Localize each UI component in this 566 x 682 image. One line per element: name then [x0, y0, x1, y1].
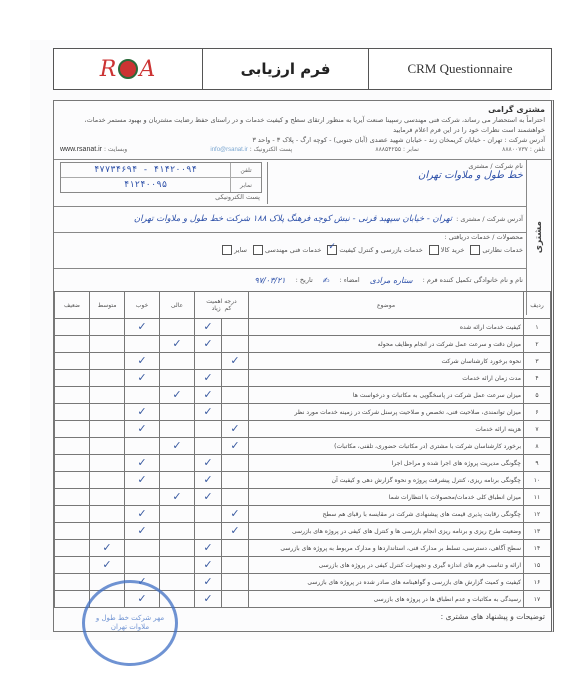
row-number: ۳ [524, 353, 551, 370]
col-weak: ضعیف [55, 292, 90, 319]
cust-fax-value: ۴۱۲۴۰۰۹۵ [61, 180, 230, 190]
cust-address-label: آدرس شرکت / مشتری : [456, 215, 523, 223]
importance-high[interactable]: ✓ [195, 489, 222, 506]
rate-average[interactable] [90, 438, 125, 455]
row-number: ۱۰ [524, 472, 551, 489]
importance-high[interactable]: ✓ [195, 336, 222, 353]
table-row: ۲میزان دقت و سرعت عمل شرکت در انجام وظای… [55, 336, 551, 353]
check-mark-icon: ✓ [203, 320, 212, 333]
rate-good[interactable]: ✓ [125, 455, 160, 472]
rate-weak[interactable] [55, 472, 90, 489]
table-row: ۸برخورد کارشناسان شرکت با مشتری (در مکات… [55, 438, 551, 455]
check-mark-icon: ✓ [203, 592, 212, 605]
company-field: نام شرکت / مشتری خط طول و ملاوات تهران [267, 162, 527, 204]
rate-weak[interactable] [55, 421, 90, 438]
check-mark-icon: ✓ [203, 473, 212, 486]
check-mark-icon: ✓ [137, 371, 146, 384]
rate-weak[interactable] [55, 319, 90, 336]
importance-low[interactable] [222, 370, 249, 387]
products-label: محصولات / خدمات دریافتی : [54, 233, 523, 241]
rate-good[interactable] [125, 557, 160, 574]
rate-good[interactable] [125, 387, 160, 404]
rate-weak[interactable] [55, 523, 90, 540]
rate-weak[interactable] [55, 404, 90, 421]
website-label: وبسایت : [104, 146, 127, 153]
importance-high[interactable] [195, 523, 222, 540]
rate-excellent[interactable]: ✓ [160, 489, 195, 506]
table-row: ۹چگونگی مدیریت پروژه های اجرا شده و مراح… [55, 455, 551, 472]
col-row: ردیف [524, 292, 551, 319]
rate-good[interactable]: ✓ [125, 523, 160, 540]
rate-average[interactable] [90, 489, 125, 506]
logo-emblem-icon [118, 59, 138, 79]
check-mark-icon: ✓ [203, 456, 212, 469]
row-number: ۴ [524, 370, 551, 387]
evaluation-table: ردیف موضوع درجه اهمیتکم زیاد عالی خوب مت… [54, 291, 551, 608]
check-mark-icon: ✓ [137, 507, 146, 520]
importance-low[interactable] [222, 455, 249, 472]
rate-excellent[interactable] [160, 523, 195, 540]
table-row: ۳نحوه برخورد کارشناسان شرکت✓✓ [55, 353, 551, 370]
importance-low[interactable]: ✓ [222, 523, 249, 540]
rate-average[interactable] [90, 506, 125, 523]
importance-high[interactable]: ✓ [195, 472, 222, 489]
row-topic: میزان سرعت عمل شرکت در پاسخگویی به مکاتب… [249, 387, 524, 404]
email-label: پست الکترونیک : [250, 146, 292, 153]
table-row: ۷هزینه ارائه خدمات✓✓ [55, 421, 551, 438]
importance-low[interactable] [222, 540, 249, 557]
rate-excellent[interactable] [160, 540, 195, 557]
rate-good[interactable] [125, 336, 160, 353]
checkbox[interactable] [429, 245, 439, 255]
table-row: ۱۵ارائه و تناسب فرم های اندازه گیری و تج… [55, 557, 551, 574]
cust-address-value: تهران - خیابان سپهبد قرنی - نبش کوچه فره… [134, 214, 452, 224]
row-topic: کیفیت و کمیت گزارش های بازرسی و گواهینام… [249, 574, 524, 591]
rate-good[interactable]: ✓ [125, 472, 160, 489]
row-number: ۲ [524, 336, 551, 353]
row-topic: وضعیت طرح ریزی و برنامه ریزی انجام بازرس… [249, 523, 524, 540]
rate-average[interactable] [90, 336, 125, 353]
check-mark-icon: ✓ [137, 473, 146, 486]
product-option[interactable]: خرید کالا [429, 245, 465, 255]
row-number: ۱۵ [524, 557, 551, 574]
rate-weak[interactable] [55, 506, 90, 523]
check-mark-icon: ✓ [102, 558, 111, 571]
check-mark-icon: ✓ [137, 524, 146, 537]
rate-average[interactable] [90, 353, 125, 370]
importance-low[interactable] [222, 404, 249, 421]
rate-weak[interactable] [55, 336, 90, 353]
check-mark-icon: ✓ [203, 541, 212, 554]
rate-average[interactable] [90, 472, 125, 489]
rate-good[interactable] [125, 540, 160, 557]
check-mark-icon: ✓ [137, 320, 146, 333]
row-number: ۷ [524, 421, 551, 438]
row-number: ۱۶ [524, 574, 551, 591]
table-header-row: ردیف موضوع درجه اهمیتکم زیاد عالی خوب مت… [55, 292, 551, 319]
col-topic: موضوع [249, 292, 524, 319]
rate-good[interactable]: ✓ [125, 370, 160, 387]
rate-excellent[interactable] [160, 574, 195, 591]
form-title-fa: فرم ارزیابی [202, 49, 368, 89]
document-page: RA فرم ارزیابی CRM Questionnaire مشتری گ… [30, 40, 550, 640]
rate-average[interactable] [90, 387, 125, 404]
row-number: ۶ [524, 404, 551, 421]
phone-fax-box: تلفن ۴۱۴۲۰۰۹۴ - ۴۷۷۳۴۶۹۴ نمابر ۴۱۲۴۰۰۹۵ [60, 162, 262, 193]
check-mark-icon: ✓ [137, 422, 146, 435]
row-topic: میزان انطباق کلی خدمات/محصولات با انتظار… [249, 489, 524, 506]
row-topic: چگونگی برنامه ریزی، کنترل پیشرفت پروژه و… [249, 472, 524, 489]
phone-value: ۸۸۸۰۰۷۳۷ [502, 146, 528, 153]
row-number: ۱۳ [524, 523, 551, 540]
row-number: ۱۲ [524, 506, 551, 523]
rate-average[interactable]: ✓ [90, 540, 125, 557]
row-topic: برخورد کارشناسان شرکت با مشتری (در مکاتب… [249, 438, 524, 455]
fax-row: نمابر ۴۱۲۴۰۰۹۵ [61, 178, 261, 192]
rate-good[interactable] [125, 489, 160, 506]
date-label: تاریخ : [296, 276, 313, 284]
row-topic: کیفیت خدمات ارائه شده [249, 319, 524, 336]
product-options: خدمات نظارتی خرید کالا خدمات بازرسی و کن… [54, 245, 523, 255]
rate-excellent[interactable] [160, 421, 195, 438]
cust-email-label: پست الکترونیکی [60, 193, 260, 201]
row-topic: چگونگی رقابت پذیری قیمت های پیشنهادی شرک… [249, 506, 524, 523]
row-topic: چگونگی مدیریت پروژه های اجرا شده و مراحل… [249, 455, 524, 472]
col-importance: درجه اهمیتکم زیاد [195, 292, 249, 319]
rate-good[interactable]: ✓ [125, 319, 160, 336]
rate-good[interactable]: ✓ [125, 506, 160, 523]
check-mark-icon: ✓ [230, 507, 239, 520]
rate-excellent[interactable]: ✓ [160, 438, 195, 455]
check-mark-icon: ✓ [172, 388, 181, 401]
intro-text: احتراماً به استحضار می رساند، شرکت فنی م… [60, 115, 545, 135]
rate-excellent[interactable] [160, 319, 195, 336]
rate-average[interactable]: ✓ [90, 557, 125, 574]
rate-excellent[interactable] [160, 404, 195, 421]
importance-low[interactable] [222, 472, 249, 489]
rate-good[interactable] [125, 438, 160, 455]
signature-mark: ✍ [323, 276, 330, 285]
importance-low[interactable]: ✓ [222, 353, 249, 370]
rate-average[interactable] [90, 319, 125, 336]
check-mark-icon: ✓ [203, 575, 212, 588]
table-row: ۱۲چگونگی رقابت پذیری قیمت های پیشنهادی ش… [55, 506, 551, 523]
rate-average[interactable] [90, 421, 125, 438]
company-label: نام شرکت / مشتری [268, 162, 523, 170]
table-row: ۱۱میزان انطباق کلی خدمات/محصولات با انتظ… [55, 489, 551, 506]
rate-excellent[interactable] [160, 506, 195, 523]
rate-excellent[interactable] [160, 472, 195, 489]
importance-high[interactable]: ✓ [195, 540, 222, 557]
company-address: آدرس شرکت : تهران - خیابان کریمخان زند -… [60, 135, 545, 145]
importance-low[interactable] [222, 489, 249, 506]
fax-value: ۸۸۸۵۴۲۵۵ [375, 146, 401, 153]
rate-average[interactable] [90, 523, 125, 540]
row-topic: مدت زمان ارائه خدمات [249, 370, 524, 387]
filler-value: ستاره مرادی [370, 276, 413, 285]
row-topic: ارائه و تناسب فرم های اندازه گیری و تجهی… [249, 557, 524, 574]
check-mark-icon: ✓ [137, 405, 146, 418]
importance-low[interactable] [222, 557, 249, 574]
product-option[interactable]: سایر [222, 245, 247, 255]
form-header: RA فرم ارزیابی CRM Questionnaire [53, 48, 552, 90]
product-option[interactable]: خدمات نظارتی [470, 245, 523, 255]
row-number: ۸ [524, 438, 551, 455]
rate-average[interactable] [90, 370, 125, 387]
check-mark-icon: ✓ [203, 371, 212, 384]
filler-label: نام و نام خانوادگی تکمیل کننده فرم : [423, 276, 523, 284]
rate-average[interactable] [90, 404, 125, 421]
table-row: ۶میزان توانمندی، صلاحیت فنی، تخصص و صلاح… [55, 404, 551, 421]
checkbox[interactable] [253, 245, 263, 255]
row-topic: میزان دقت و سرعت عمل شرکت در انجام وظایف… [249, 336, 524, 353]
rate-weak[interactable] [55, 591, 90, 608]
row-topic: میزان توانمندی، صلاحیت فنی، تخصص و صلاحی… [249, 404, 524, 421]
check-mark-icon: ✓ [102, 541, 111, 554]
checkbox[interactable] [222, 245, 232, 255]
importance-low[interactable] [222, 574, 249, 591]
row-topic: نحوه برخورد کارشناسان شرکت [249, 353, 524, 370]
checkbox[interactable] [470, 245, 480, 255]
importance-low[interactable]: ✓ [222, 421, 249, 438]
rate-excellent[interactable] [160, 353, 195, 370]
company-stamp: مهر شرکت خط طول و ملاوات تهران [82, 580, 178, 666]
rate-excellent[interactable] [160, 557, 195, 574]
check-mark-icon: ✓ [172, 337, 181, 350]
check-mark-icon: ✓ [137, 456, 146, 469]
check-mark-icon: ✓ [230, 354, 239, 367]
col-good: خوب [125, 292, 160, 319]
check-mark-icon: ✓ [172, 439, 181, 452]
importance-high[interactable]: ✓ [195, 557, 222, 574]
cust-fax-label: نمابر [230, 178, 261, 192]
check-mark-icon: ✓ [203, 490, 212, 503]
rate-excellent[interactable]: ✓ [160, 387, 195, 404]
check-mark-icon: ✓ [203, 337, 212, 350]
row-number: ۱ [524, 319, 551, 336]
col-average: متوسط [90, 292, 125, 319]
importance-high[interactable]: ✓ [195, 319, 222, 336]
fax-label: نمابر : [403, 146, 419, 153]
product-option[interactable]: خدمات فنی مهندسی [253, 245, 321, 255]
check-mark-icon: ✓ [230, 524, 239, 537]
importance-high[interactable] [195, 506, 222, 523]
importance-high[interactable]: ✓ [195, 455, 222, 472]
table-body: ۱کیفیت خدمات ارائه شده✓✓۲میزان دقت و سرع… [55, 319, 551, 608]
signature-label: امضاء : [339, 276, 359, 284]
importance-low[interactable]: ✓ [222, 438, 249, 455]
intro-section: مشتری گرامی احتراماً به استحضار می رساند… [60, 105, 545, 155]
row-number: ۹ [524, 455, 551, 472]
website-link[interactable]: www.rsanat.ir [60, 146, 102, 153]
row-topic: رسیدگی به مکاتبات و عدم انطباق ها در پرو… [249, 591, 524, 608]
logo-r: R [100, 57, 118, 82]
check-mark-icon: ✓ [172, 490, 181, 503]
product-option[interactable]: خدمات بازرسی و کنترل کیفیت [327, 245, 422, 255]
filler-row: نام و نام خانوادگی تکمیل کننده فرم : ستا… [54, 268, 527, 291]
form-body: مشتری گرامی احتراماً به استحضار می رساند… [53, 100, 554, 632]
rate-weak[interactable] [55, 387, 90, 404]
rate-weak[interactable] [55, 540, 90, 557]
table-row: ۴مدت زمان ارائه خدمات✓✓ [55, 370, 551, 387]
check-mark-icon: ✓ [137, 354, 146, 367]
table-row: ۱کیفیت خدمات ارائه شده✓✓ [55, 319, 551, 336]
importance-low[interactable]: ✓ [222, 506, 249, 523]
importance-low[interactable] [222, 591, 249, 608]
rate-good[interactable]: ✓ [125, 421, 160, 438]
check-mark-icon: ✓ [203, 405, 212, 418]
importance-high[interactable] [195, 421, 222, 438]
contact-row: تلفن : ۸۸۸۰۰۷۳۷ نمابر : ۸۸۸۵۴۲۵۵ پست الک… [60, 145, 545, 155]
rate-excellent[interactable]: ✓ [160, 336, 195, 353]
logo-a: A [139, 57, 156, 82]
check-mark-icon: ✓ [203, 388, 212, 401]
greeting: مشتری گرامی [60, 105, 545, 115]
row-topic: سطح آگاهی، دسترسی، تسلط بر مدارک فنی، اس… [249, 540, 524, 557]
company-logo: RA [54, 49, 202, 89]
importance-low[interactable] [222, 319, 249, 336]
check-mark-icon: ✓ [203, 558, 212, 571]
checkbox-checked[interactable] [327, 245, 337, 255]
customer-address-row: آدرس شرکت / مشتری : تهران - خیابان سپهبد… [54, 206, 527, 231]
date-value: ۹۷/۰۳/۲۱ [254, 276, 285, 285]
importance-high[interactable]: ✓ [195, 404, 222, 421]
email-link[interactable]: info@rsanat.ir [210, 147, 247, 153]
cust-phone-label: تلفن [230, 163, 261, 177]
rate-excellent[interactable] [160, 455, 195, 472]
table-row: ۱۴سطح آگاهی، دسترسی، تسلط بر مدارک فنی، … [55, 540, 551, 557]
row-topic: هزینه ارائه خدمات [249, 421, 524, 438]
rate-weak[interactable] [55, 489, 90, 506]
rate-excellent[interactable] [160, 370, 195, 387]
importance-high[interactable] [195, 353, 222, 370]
col-excellent: عالی [160, 292, 195, 319]
row-number: ۱۴ [524, 540, 551, 557]
table-row: ۱۰چگونگی برنامه ریزی، کنترل پیشرفت پروژه… [55, 472, 551, 489]
evaluation-table-wrap: ردیف موضوع درجه اهمیتکم زیاد عالی خوب مت… [54, 291, 551, 625]
row-number: ۵ [524, 387, 551, 404]
check-mark-icon: ✓ [230, 422, 239, 435]
importance-low[interactable] [222, 387, 249, 404]
rate-weak[interactable] [55, 438, 90, 455]
importance-high[interactable]: ✓ [195, 370, 222, 387]
form-title-en: CRM Questionnaire [368, 49, 551, 89]
table-row: ۱۳وضعیت طرح ریزی و برنامه ریزی انجام باز… [55, 523, 551, 540]
rate-weak[interactable] [55, 353, 90, 370]
phone-label: تلفن : [530, 146, 545, 153]
rate-weak[interactable] [55, 574, 90, 591]
rate-good[interactable]: ✓ [125, 353, 160, 370]
row-number: ۱۱ [524, 489, 551, 506]
importance-high[interactable]: ✓ [195, 591, 222, 608]
company-value: خط طول و ملاوات تهران [268, 170, 523, 181]
rate-weak[interactable] [55, 370, 90, 387]
check-mark-icon: ✓ [230, 439, 239, 452]
row-number: ۱۷ [524, 591, 551, 608]
products-row: محصولات / خدمات دریافتی : خدمات نظارتی خ… [54, 232, 527, 267]
rate-average[interactable] [90, 455, 125, 472]
cust-phone-value: ۴۱۴۲۰۰۹۴ - ۴۷۷۳۴۶۹۴ [61, 165, 230, 175]
table-row: ۵میزان سرعت عمل شرکت در پاسخگویی به مکات… [55, 387, 551, 404]
rate-weak[interactable] [55, 455, 90, 472]
phone-row: تلفن ۴۱۴۲۰۰۹۴ - ۴۷۷۳۴۶۹۴ [61, 163, 261, 178]
importance-high[interactable]: ✓ [195, 574, 222, 591]
importance-high[interactable] [195, 438, 222, 455]
importance-high[interactable]: ✓ [195, 387, 222, 404]
rate-good[interactable]: ✓ [125, 404, 160, 421]
rate-weak[interactable] [55, 557, 90, 574]
importance-low[interactable] [222, 336, 249, 353]
